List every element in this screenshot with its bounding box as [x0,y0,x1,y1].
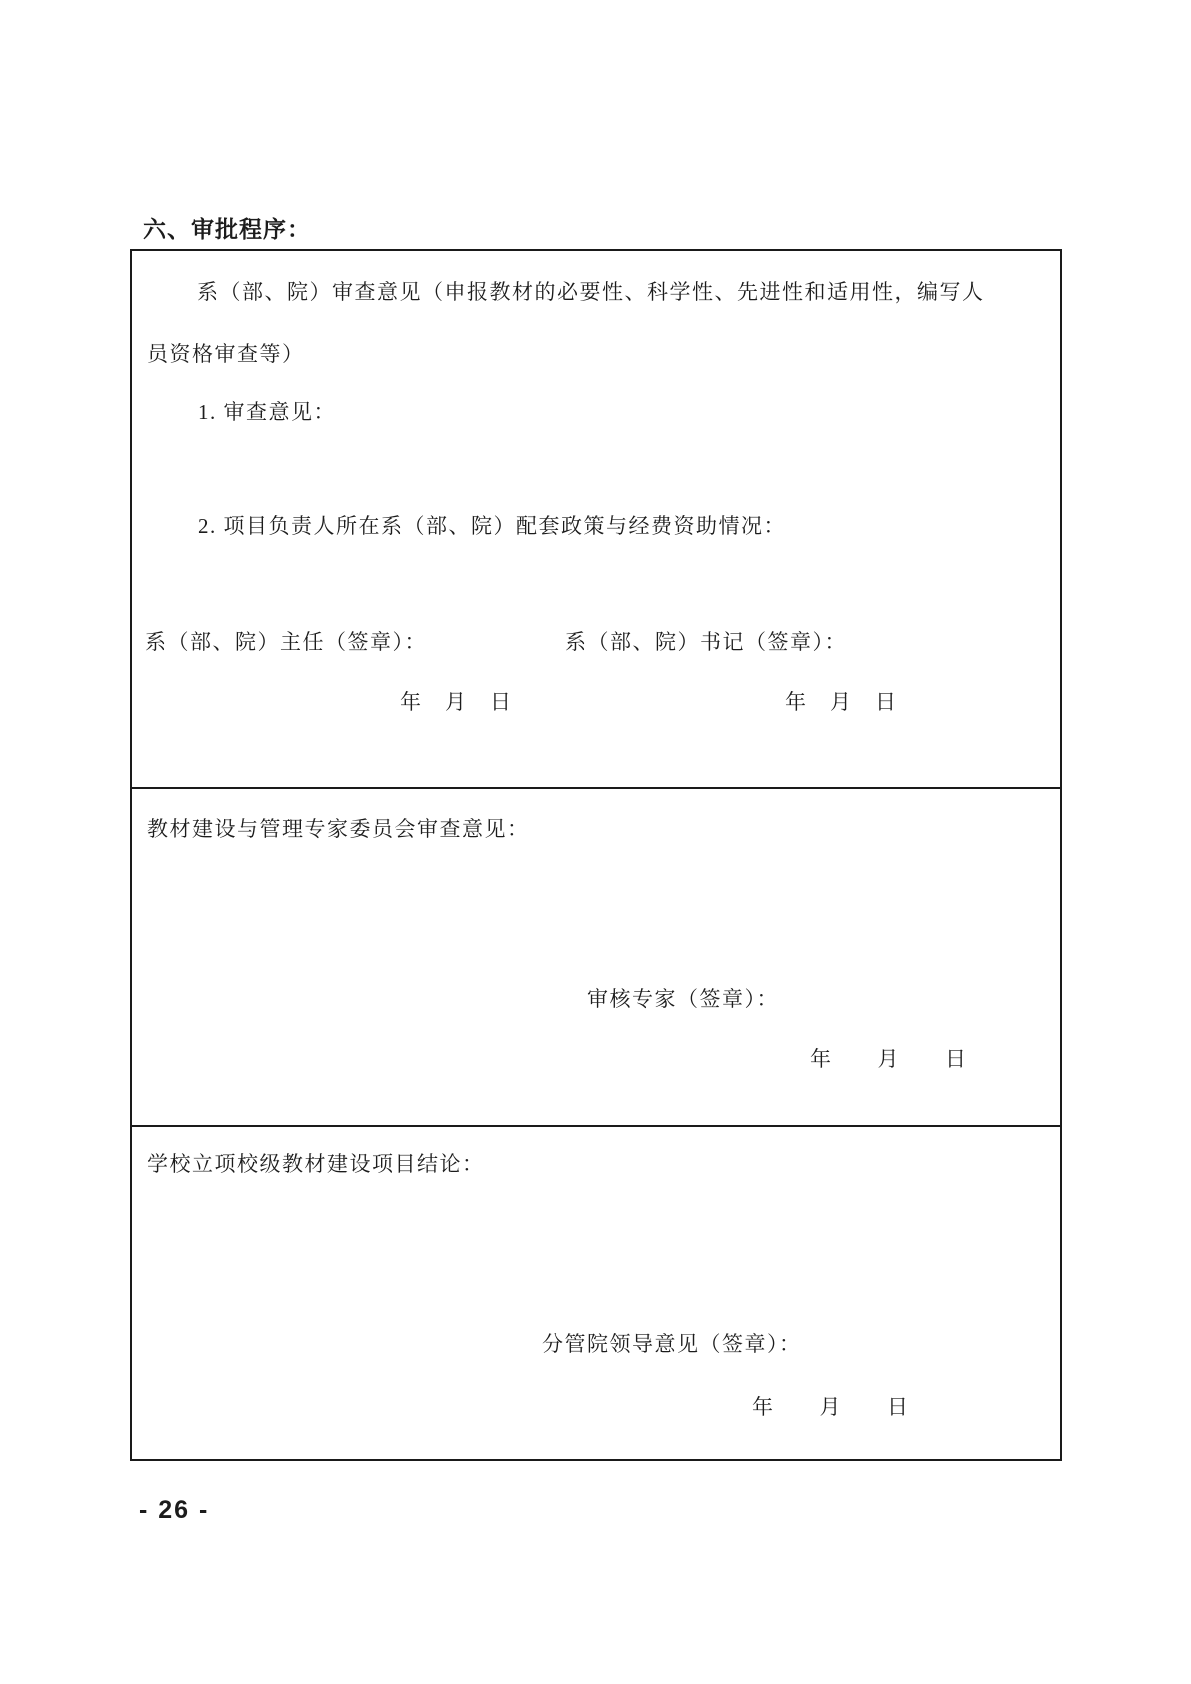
secretary-date-line: 年 月 日 [785,688,898,716]
dept-review-item2: 2. 项目负责人所在系（部、院）配套政策与经费资助情况： [198,512,786,540]
dept-review-intro-line1: 系（部、院）审查意见（申报教材的必要性、科学性、先进性和适用性，编写人 [197,278,985,306]
dept-review-intro-line2: 员资格审查等） [147,340,305,368]
expert-committee-title: 教材建设与管理专家委员会审查意见： [147,815,530,843]
secretary-signature-label: 系（部、院）书记（签章）： [565,628,847,656]
expert-committee-cell: 教材建设与管理专家委员会审查意见： 审核专家（签章）： 年 月 日 [132,789,1060,1127]
document-page: 六、审批程序： 系（部、院）审查意见（申报教材的必要性、科学性、先进性和适用性，… [0,0,1191,1684]
page-number: - 26 - [139,1496,209,1525]
director-date-line: 年 月 日 [400,688,513,716]
section-heading: 六、审批程序： [143,211,311,244]
dept-review-item1: 1. 审查意见： [198,398,336,426]
expert-signature-label: 审核专家（签章）： [587,985,779,1013]
school-conclusion-title: 学校立项校级教材建设项目结论： [147,1150,485,1178]
leader-date-line: 年 月 日 [752,1393,910,1421]
dept-review-cell: 系（部、院）审查意见（申报教材的必要性、科学性、先进性和适用性，编写人 员资格审… [132,251,1060,789]
school-conclusion-cell: 学校立项校级教材建设项目结论： 分管院领导意见（签章）： 年 月 日 [132,1127,1060,1463]
leader-signature-label: 分管院领导意见（签章）： [542,1330,802,1358]
director-signature-label: 系（部、院）主任（签章）： [145,628,427,656]
expert-date-line: 年 月 日 [810,1045,968,1073]
approval-form-table: 系（部、院）审查意见（申报教材的必要性、科学性、先进性和适用性，编写人 员资格审… [130,249,1062,1461]
